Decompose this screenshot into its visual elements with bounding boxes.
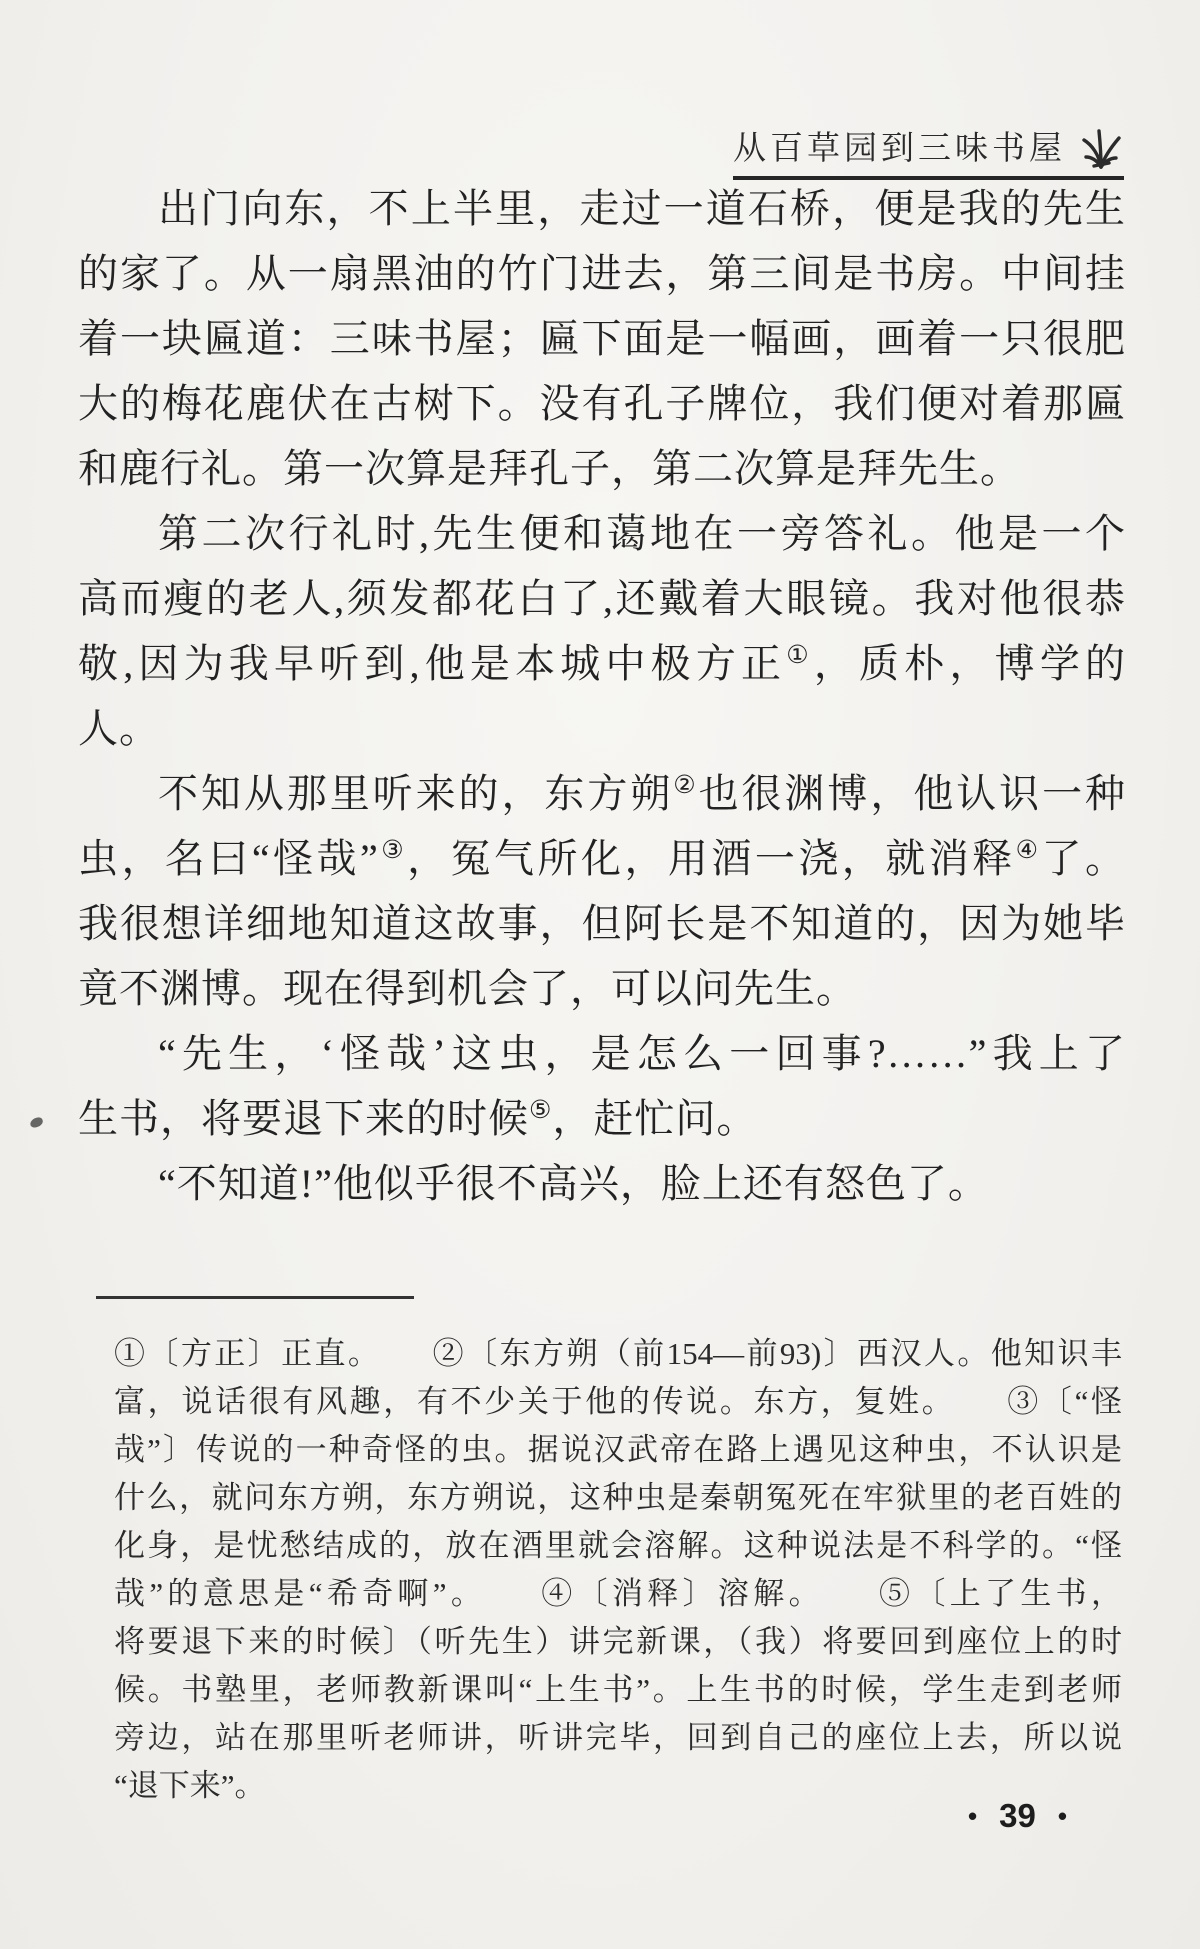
plant-icon <box>1078 127 1124 169</box>
footnote-line: 富，说话很有风趣，有不少关于他的传说。东方，复姓。 ③〔“怪 <box>114 1378 1122 1426</box>
textbook-page: 从百草园到三味书屋 出门向东，不上半里，走过一道石桥，便是我的先生 的家了。从一… <box>0 0 1200 1949</box>
footnote-line: 将要退下来的时候〕（听先生）讲完新课，（我）将要回到座位上的时 <box>114 1618 1122 1666</box>
body-line: 人。 <box>78 696 1126 761</box>
body-line: 不知从那里听来的，东方朔②也很渊博，他认识一种 <box>78 761 1126 826</box>
body-line: 敬,因为我早听到,他是本城中极方正①，质朴，博学的 <box>78 631 1126 696</box>
footnote-line: 哉”〕传说的一种奇怪的虫。据说汉武帝在路上遇见这种虫，不认识是 <box>114 1426 1122 1474</box>
page-number-right-dot: • <box>1058 1801 1067 1832</box>
body-line: “不知道!”他似乎很不高兴，脸上还有怒色了。 <box>78 1151 1126 1216</box>
scan-speck-mark <box>29 1116 44 1129</box>
body-line: 第二次行礼时,先生便和蔼地在一旁答礼。他是一个 <box>78 501 1126 566</box>
body-line: 和鹿行礼。第一次算是拜孔子，第二次算是拜先生。 <box>78 436 1126 501</box>
body-line: 竟不渊博。现在得到机会了，可以问先生。 <box>78 956 1126 1021</box>
footnotes: ①〔方正〕正直。 ②〔东方朔（前154—前93)〕西汉人。他知识丰 富，说话很有… <box>114 1330 1122 1810</box>
body-text: 出门向东，不上半里，走过一道石桥，便是我的先生 的家了。从一扇黑油的竹门进去，第… <box>78 176 1126 1216</box>
footnote-line: 化身，是忧愁结成的，放在酒里就会溶解。这种说法是不科学的。“怪 <box>114 1522 1122 1570</box>
page-number-value: 39 <box>999 1797 1036 1835</box>
page-number: • 39 • <box>968 1797 1067 1835</box>
footnote-line: 哉”的意思是“希奇啊”。 ④〔消释〕溶解。 ⑤〔上了生书， <box>114 1570 1122 1618</box>
body-line: 虫，名曰“怪哉”③，冤气所化，用酒一浇，就消释④了。 <box>78 826 1126 891</box>
body-line: 我很想详细地知道这故事，但阿长是不知道的，因为她毕 <box>78 891 1126 956</box>
page-number-left-dot: • <box>968 1801 977 1832</box>
footnote-line: 候。书塾里，老师教新课叫“上生书”。上生书的时候，学生走到老师 <box>114 1666 1122 1714</box>
body-line: 高而瘦的老人,须发都花白了,还戴着大眼镜。我对他很恭 <box>78 566 1126 631</box>
footnote-line: 旁边，站在那里听老师讲，听讲完毕，回到自己的座位上去，所以说 <box>114 1714 1122 1762</box>
body-line: 出门向东，不上半里，走过一道石桥，便是我的先生 <box>78 176 1126 241</box>
body-line: “先生，‘怪哉’这虫，是怎么一回事?……”我上了 <box>78 1021 1126 1086</box>
footnote-divider <box>96 1296 414 1299</box>
running-header: 从百草园到三味书屋 <box>733 122 1124 180</box>
body-line: 大的梅花鹿伏在古树下。没有孔子牌位，我们便对着那匾 <box>78 371 1126 436</box>
body-line: 生书，将要退下来的时候⑤，赶忙问。 <box>78 1086 1126 1151</box>
body-line: 的家了。从一扇黑油的竹门进去，第三间是书房。中间挂 <box>78 241 1126 306</box>
footnote-line: 什么，就问东方朔，东方朔说，这种虫是秦朝冤死在牢狱里的老百姓的 <box>114 1474 1122 1522</box>
footnote-line: ①〔方正〕正直。 ②〔东方朔（前154—前93)〕西汉人。他知识丰 <box>114 1330 1122 1378</box>
body-line: 着一块匾道：三味书屋；匾下面是一幅画，画着一只很肥 <box>78 306 1126 371</box>
running-header-title: 从百草园到三味书屋 <box>733 122 1066 169</box>
